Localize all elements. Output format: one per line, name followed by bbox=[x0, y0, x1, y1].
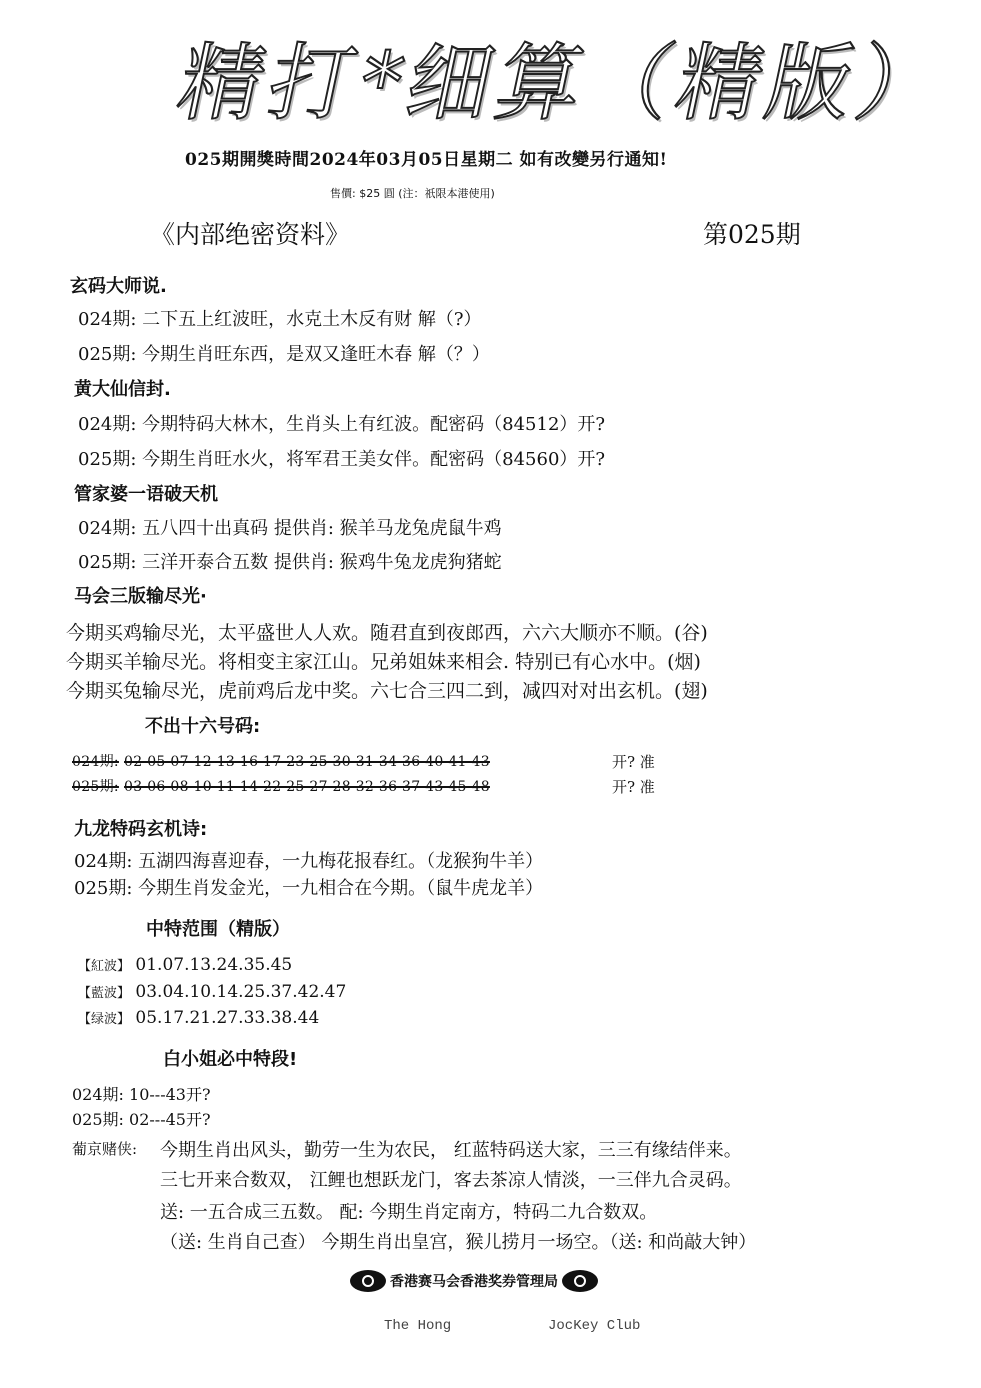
jockey-club-emblem-icon bbox=[562, 1270, 598, 1292]
jiulong-line: 024期: 五湖四海喜迎春，一九梅花报春红。（龙猴狗牛羊） bbox=[74, 847, 543, 873]
draw-notice: 025期開獎時間2024年03月05日星期二 如有改變另行通知! bbox=[185, 145, 668, 170]
pujing-line: 送: 一五合成三五数。 配: 今期生肖定南方，特码二九合数双。 bbox=[160, 1198, 657, 1224]
section-title-baixiaojie: 白小姐必中特段! bbox=[163, 1045, 297, 1071]
guanjiapo-line: 025期: 三洋开泰合五数 提供肖: 猴鸡牛兔龙虎狗猪蛇 bbox=[78, 548, 502, 574]
xuanma-line: 025期: 今期生肖旺东西，是双又逢旺木春 解（？） bbox=[78, 340, 490, 366]
buchu16-row: 024期: 02 05 07 12 13 16 17 23 25 30 31 3… bbox=[72, 751, 490, 771]
mahui-line: 今期买兔输尽光，虎前鸡后龙中奖。六七合三四二到，减四对对出玄机。(翅) bbox=[66, 676, 708, 703]
pujing-label: 葡京赌侠: bbox=[72, 1138, 137, 1159]
buchu16-result: 开? 准 bbox=[612, 776, 655, 797]
jiulong-line: 025期: 今期生肖发金光，一九相合在今期。（鼠牛虎龙羊） bbox=[74, 874, 543, 900]
wave-row-red: 【紅波】 01.07.13.24.35.45 bbox=[78, 955, 292, 975]
pujing-line: （送: 生肖自己查） 今期生肖出皇宫，猴儿捞月一场空。（送: 和尚敲大钟） bbox=[160, 1228, 756, 1254]
huangdaxian-line: 025期: 今期生肖旺水火，将军君王美女伴。配密码（84560）开? bbox=[78, 445, 605, 471]
price-note: 售價: $25 圓 (注：祇限本港使用) bbox=[330, 185, 495, 201]
footer-en-left: The Hong bbox=[384, 1318, 451, 1334]
wave-row-green: 【绿波】 05.17.21.27.33.38.44 bbox=[78, 1008, 319, 1028]
jockey-club-emblem-icon bbox=[350, 1270, 386, 1292]
wave-tag: 【紅波】 bbox=[78, 959, 130, 974]
buchu16-numbers: 03 06 08 10 11 14 22 25 27 28 32 36 37 4… bbox=[124, 779, 490, 795]
section-title-jiulong: 九龙特码玄机诗: bbox=[74, 815, 207, 841]
wave-numbers: 03.04.10.14.25.37.42.47 bbox=[135, 982, 346, 1002]
wave-tag: 【藍波】 bbox=[78, 986, 130, 1001]
mahui-line: 今期买羊输尽光。将相变主家江山。兄弟姐妹来相会. 特别已有心水中。(烟) bbox=[66, 647, 701, 674]
section-title-huangdaxian: 黄大仙信封. bbox=[74, 375, 171, 401]
huangdaxian-line: 024期: 今期特码大林木，生肖头上有红波。配密码（84512）开? bbox=[78, 410, 605, 436]
pujing-line: 今期生肖出风头，勤劳一生为农民， 红蓝特码送大家，三三有缘结伴来。 bbox=[160, 1136, 742, 1162]
mahui-line: 今期买鸡输尽光，太平盛世人人欢。随君直到夜郎西，六六大顺亦不顺。(谷) bbox=[66, 618, 708, 645]
document-title: 《内部绝密资料》 bbox=[150, 215, 350, 251]
buchu16-numbers: 02 05 07 12 13 16 17 23 25 30 31 34 36 4… bbox=[124, 754, 490, 770]
buchu16-result: 开? 准 bbox=[612, 751, 655, 772]
pujing-line: 三七开来合数双， 江鲤也想跃龙门，客去茶凉人情淡，一三伴九合灵码。 bbox=[160, 1166, 742, 1192]
section-title-zhongte: 中特范围（精版） bbox=[146, 915, 290, 941]
section-title-buchu16: 不出十六号码: bbox=[145, 712, 260, 738]
banner-title: 精打*细算（精版） bbox=[168, 28, 811, 138]
guanjiapo-line: 024期: 五八四十出真码 提供肖: 猴羊马龙兔虎鼠牛鸡 bbox=[78, 514, 502, 540]
footer-org: 香港赛马会香港奖券管理局 bbox=[350, 1270, 598, 1292]
section-title-mahui: 马会三版输尽光· bbox=[74, 582, 207, 608]
baixiaojie-line: 025期: 02---45开? bbox=[72, 1107, 211, 1130]
buchu16-row: 025期: 03 06 08 10 11 14 22 25 27 28 32 3… bbox=[72, 776, 490, 796]
wave-row-blue: 【藍波】 03.04.10.14.25.37.42.47 bbox=[78, 982, 346, 1002]
xuanma-line: 024期: 二下五上红波旺，水克土木反有财 解（?） bbox=[78, 305, 482, 331]
section-title-guanjiapo: 管家婆一语破天机 bbox=[74, 480, 218, 506]
baixiaojie-line: 024期: 10---43开? bbox=[72, 1082, 211, 1105]
footer-en-right: JocKey Club bbox=[548, 1318, 640, 1334]
footer-org-name: 香港赛马会香港奖券管理局 bbox=[390, 1271, 558, 1291]
wave-tag: 【绿波】 bbox=[78, 1012, 130, 1027]
buchu16-period: 024期: bbox=[72, 754, 119, 770]
issue-number: 第025期 bbox=[703, 215, 801, 251]
wave-numbers: 01.07.13.24.35.45 bbox=[135, 955, 292, 975]
wave-numbers: 05.17.21.27.33.38.44 bbox=[135, 1008, 319, 1028]
buchu16-period: 025期: bbox=[72, 779, 119, 795]
section-title-xuanma: 玄码大师说. bbox=[70, 272, 167, 298]
